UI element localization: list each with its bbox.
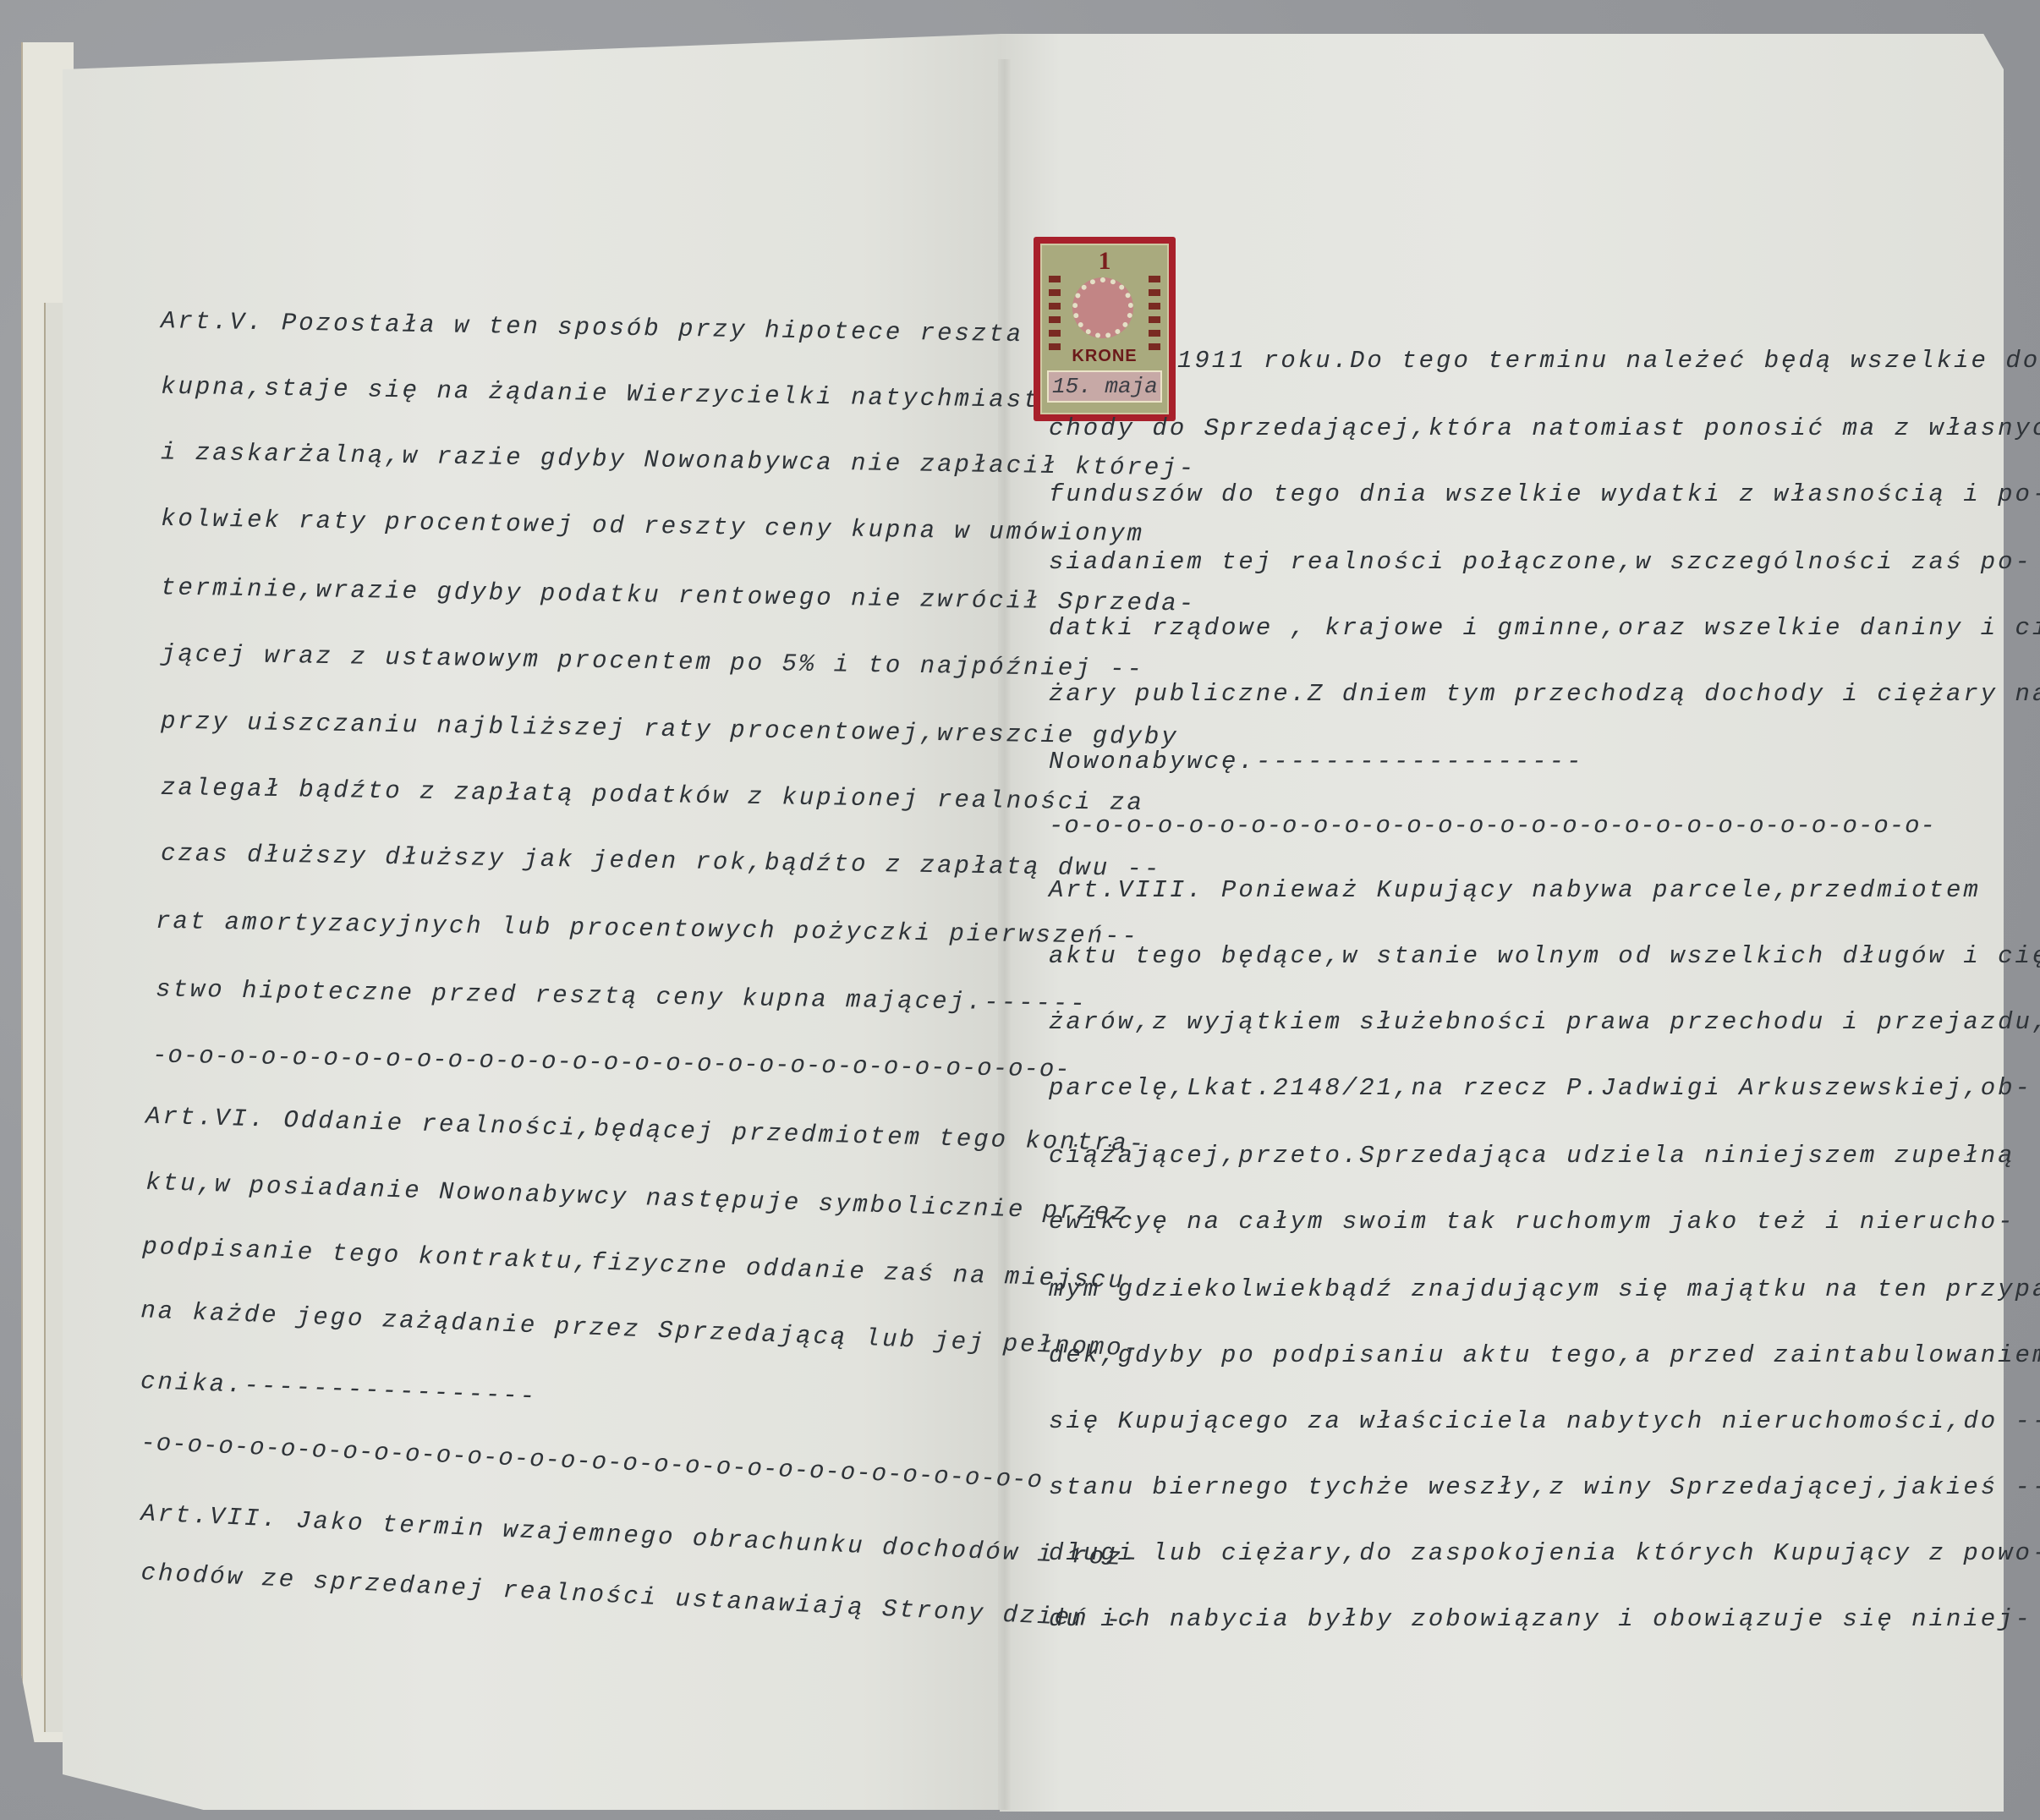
section-separator: -o-o-o-o-o-o-o-o-o-o-o-o-o-o-o-o-o-o-o-o…: [1049, 812, 1936, 840]
stamp-currency: KRONE: [1042, 347, 1167, 366]
stamp-ornament-icon: [1149, 276, 1160, 352]
stamp-cancellation-date: 15. maja: [1047, 370, 1162, 403]
text-line: Nowonabywcę.-------------------: [1049, 748, 1584, 776]
text-line: stanu biernego tychże weszły,z winy Sprz…: [1049, 1473, 2040, 1501]
text-line: mym gdziekolwiekbądź znajdującym się maj…: [1049, 1275, 2040, 1303]
portrait-medallion-icon: [1072, 277, 1133, 338]
text-line: funduszów do tego dnia wszelkie wydatki …: [1049, 480, 2040, 508]
revenue-stamp: 1 KRONE 15. maja: [1034, 237, 1176, 421]
text-line: 1911 roku.Do tego terminu należeć będą w…: [1177, 347, 2040, 375]
text-line: parcelę,Lkat.2148/21,na rzecz P.Jadwigi …: [1049, 1074, 2032, 1102]
text-line: długi lub ciężary,do zaspokojenia któryc…: [1049, 1539, 2040, 1567]
stamp-ornament-icon: [1049, 276, 1061, 352]
text-line: chody do Sprzedającej,która natomiast po…: [1049, 414, 2040, 442]
text-line: Art.VIII. Ponieważ Kupujący nabywa parce…: [1049, 876, 1981, 904]
text-line: ciążającej,przeto.Sprzedająca udziela ni…: [1049, 1142, 2015, 1170]
text-line: siadaniem tej realności połączone,w szcz…: [1049, 548, 2032, 576]
stamp-denomination: 1: [1042, 247, 1167, 276]
text-line: du ich nabycia byłby zobowiązany i obowi…: [1049, 1605, 2032, 1633]
text-line: datki rządowe , krajowe i gminne,oraz ws…: [1049, 614, 2040, 642]
text-line: się Kupującego za właściciela nabytych n…: [1049, 1407, 2040, 1435]
text-line: żarów,z wyjątkiem służebności prawa prze…: [1049, 1008, 2040, 1036]
text-line: dek,gdyby po podpisaniu aktu tego,a prze…: [1049, 1341, 2040, 1369]
text-line: aktu tego będące,w stanie wolnym od wsze…: [1049, 942, 2040, 970]
text-line: żary publiczne.Z dniem tym przechodzą do…: [1049, 680, 2040, 708]
text-line: ewikcyę na całym swoim tak ruchomym jako…: [1049, 1208, 2015, 1236]
